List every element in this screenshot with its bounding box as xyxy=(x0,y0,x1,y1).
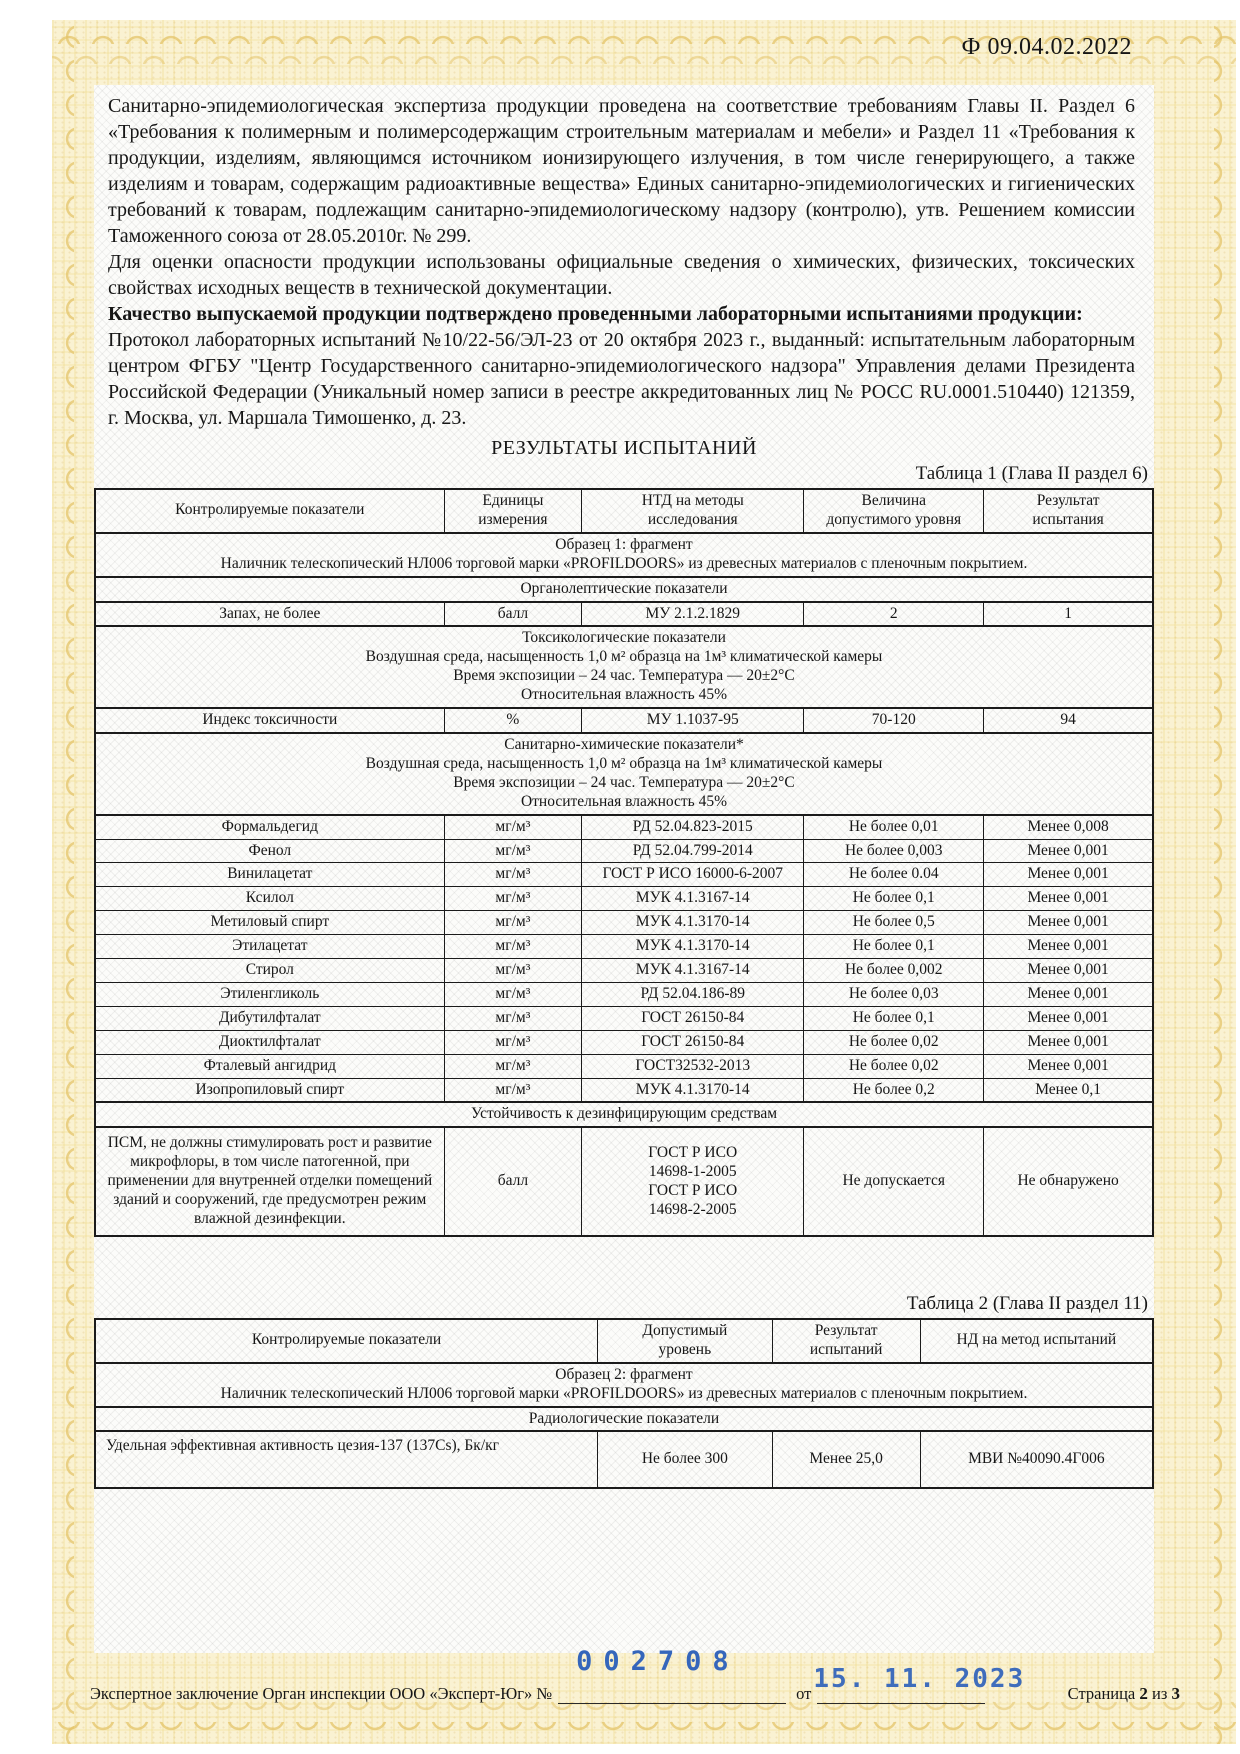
paragraph-expertise: Санитарно-эпидемиологическая экспертиза … xyxy=(108,93,1135,249)
cell: 1 xyxy=(984,602,1153,627)
cell: МУК 4.1.3170-14 xyxy=(582,935,804,959)
cell: Не более 0,03 xyxy=(804,982,984,1006)
cell: 70-120 xyxy=(804,708,984,733)
cell: Винилацетат xyxy=(95,863,444,887)
paragraph-quality-statement: Качество выпускаемой продукции подтвержд… xyxy=(108,301,1135,327)
column-header: Контролируемые показатели xyxy=(95,1319,598,1363)
cell: Удельная эффективная активность цезия-13… xyxy=(95,1431,598,1488)
cell: МВИ №40090.4Г006 xyxy=(920,1431,1153,1488)
column-header: Контролируемые показатели xyxy=(95,489,444,533)
cell: мг/м³ xyxy=(444,1078,582,1102)
section-row: Устойчивость к дезинфицирующим средствам xyxy=(95,1102,1153,1127)
cell: ПСМ, не должны стимулировать рост и разв… xyxy=(95,1127,444,1236)
cell: мг/м³ xyxy=(444,863,582,887)
page-of-label: из xyxy=(1152,1684,1167,1703)
cell: Менее 0,008 xyxy=(984,815,1153,839)
cell: Менее 0,001 xyxy=(984,863,1153,887)
cell: Метиловый спирт xyxy=(95,911,444,935)
cell: Менее 0,1 xyxy=(984,1078,1153,1102)
cell: Менее 0,001 xyxy=(984,887,1153,911)
column-header: Величина допустимого уровня xyxy=(804,489,984,533)
paragraph-protocol: Протокол лабораторных испытаний №10/22-5… xyxy=(108,327,1135,431)
cell: балл xyxy=(444,602,582,627)
results-table-2: Контролируемые показателиДопустимый уров… xyxy=(94,1318,1154,1489)
cell: Этилацетат xyxy=(95,935,444,959)
page-indicator: Страница 2 из 3 xyxy=(1068,1684,1194,1704)
column-header: Результат испытания xyxy=(984,489,1153,533)
cell: мг/м³ xyxy=(444,959,582,983)
cell: Не более 0,5 xyxy=(804,911,984,935)
cell: Дибутилфталат xyxy=(95,1006,444,1030)
cell: мг/м³ xyxy=(444,815,582,839)
cell: Менее 0,001 xyxy=(984,1054,1153,1078)
cell: Индекс токсичности xyxy=(95,708,444,733)
column-header: НТД на методы исследования xyxy=(582,489,804,533)
cell: Не более 0,2 xyxy=(804,1078,984,1102)
footer-label: Экспертное заключение Орган инспекции ОО… xyxy=(90,1684,552,1704)
cell: Не обнаружено xyxy=(984,1127,1153,1236)
table2-caption: Таблица 2 (Глава II раздел 11) xyxy=(94,1293,1148,1315)
cell: МУ 2.1.2.1829 xyxy=(582,602,804,627)
table1-caption: Таблица 1 (Глава II раздел 6) xyxy=(94,463,1148,485)
cell: балл xyxy=(444,1127,582,1236)
border-wave-bottom-1 xyxy=(52,1722,1236,1740)
cell: мг/м³ xyxy=(444,935,582,959)
cell: Менее 25,0 xyxy=(772,1431,920,1488)
cell: Фенол xyxy=(95,839,444,863)
form-code: Ф 09.04.02.2022 xyxy=(962,34,1132,61)
section-row: Образец 2: фрагмент Наличник телескопиче… xyxy=(95,1363,1153,1407)
cell: ГОСТ 26150-84 xyxy=(582,1030,804,1054)
cell: Не более 0,02 xyxy=(804,1030,984,1054)
cell: ГОСТ Р ИСО 14698-1-2005 ГОСТ Р ИСО 14698… xyxy=(582,1127,804,1236)
cell: Ксилол xyxy=(95,887,444,911)
cell: РД 52.04.823-2015 xyxy=(582,815,804,839)
section-row: Радиологические показатели xyxy=(95,1407,1153,1432)
cell: Формальдегид xyxy=(95,815,444,839)
column-header: Результат испытаний xyxy=(772,1319,920,1363)
cell: Менее 0,001 xyxy=(984,911,1153,935)
section-row: Санитарно-химические показатели* Воздушн… xyxy=(95,733,1153,815)
cell: Этиленгликоль xyxy=(95,982,444,1006)
expertise-number-stamp: 002708 xyxy=(576,1646,740,1677)
cell: Запах, не более xyxy=(95,602,444,627)
cell: Фталевый ангидрид xyxy=(95,1054,444,1078)
cell: Изопропиловый спирт xyxy=(95,1078,444,1102)
section-row: Органолептические показатели xyxy=(95,577,1153,602)
border-wave-right xyxy=(1214,20,1232,1744)
cell: Не более 300 xyxy=(598,1431,773,1488)
border-wave-left xyxy=(56,20,74,1744)
cell: Менее 0,001 xyxy=(984,1006,1153,1030)
cell: Не более 0,01 xyxy=(804,815,984,839)
cell: МУК 4.1.3170-14 xyxy=(582,1078,804,1102)
cell: мг/м³ xyxy=(444,982,582,1006)
expertise-date-stamp: 15. 11. 2023 xyxy=(813,1664,1025,1694)
cell: Стирол xyxy=(95,959,444,983)
cell: Не более 0,1 xyxy=(804,1006,984,1030)
page-current: 2 xyxy=(1139,1684,1148,1703)
cell: Не более 0,1 xyxy=(804,887,984,911)
cell: 94 xyxy=(984,708,1153,733)
cell: % xyxy=(444,708,582,733)
cell: Не более 0.04 xyxy=(804,863,984,887)
footer: Экспертное заключение Орган инспекции ОО… xyxy=(90,1684,1194,1704)
cell: мг/м³ xyxy=(444,1030,582,1054)
cell: Менее 0,001 xyxy=(984,1030,1153,1054)
column-header: НД на метод испытаний xyxy=(920,1319,1153,1363)
cell: ГОСТ Р ИСО 16000-6-2007 xyxy=(582,863,804,887)
cell: Не более 0,003 xyxy=(804,839,984,863)
cell: РД 52.04.186-89 xyxy=(582,982,804,1006)
cell: мг/м³ xyxy=(444,839,582,863)
cell: Не более 0,02 xyxy=(804,1054,984,1078)
footer-ot-label: от xyxy=(796,1684,811,1704)
cell: МУК 4.1.3167-14 xyxy=(582,887,804,911)
page-label: Страница xyxy=(1068,1684,1136,1703)
section-row: Образец 1: фрагмент Наличник телескопиче… xyxy=(95,533,1153,577)
cell: Не более 0,002 xyxy=(804,959,984,983)
cell: Менее 0,001 xyxy=(984,982,1153,1006)
results-title: РЕЗУЛЬТАТЫ ИСПЫТАНИЙ xyxy=(94,437,1154,460)
cell: Диоктилфталат xyxy=(95,1030,444,1054)
cell: мг/м³ xyxy=(444,1054,582,1078)
cell: ГОСТ32532-2013 xyxy=(582,1054,804,1078)
expertise-number-line: 002708 xyxy=(558,1684,786,1704)
cell: МУК 4.1.3170-14 xyxy=(582,911,804,935)
expertise-date-line: 15. 11. 2023 xyxy=(817,1684,985,1704)
cell: Менее 0,001 xyxy=(984,959,1153,983)
cell: Менее 0,001 xyxy=(984,935,1153,959)
cell: РД 52.04.799-2014 xyxy=(582,839,804,863)
cell: Не более 0,1 xyxy=(804,935,984,959)
border-wave-bottom-2 xyxy=(52,1702,1236,1720)
cell: мг/м³ xyxy=(444,911,582,935)
cell: 2 xyxy=(804,602,984,627)
cell: мг/м³ xyxy=(444,1006,582,1030)
paragraph-evaluation-sources: Для оценки опасности продукции использов… xyxy=(108,249,1135,301)
cell: МУ 1.1037-95 xyxy=(582,708,804,733)
cell: Менее 0,001 xyxy=(984,839,1153,863)
column-header: Единицы измерения xyxy=(444,489,582,533)
results-table-1: Контролируемые показателиЕдиницы измерен… xyxy=(94,488,1154,1237)
document-sheet: Санитарно-эпидемиологическая экспертиза … xyxy=(94,85,1154,1653)
cell: МУК 4.1.3167-14 xyxy=(582,959,804,983)
cell: Не допускается xyxy=(804,1127,984,1236)
section-row: Токсикологические показатели Воздушная с… xyxy=(95,626,1153,708)
page-total: 3 xyxy=(1172,1684,1181,1703)
column-header: Допустимый уровень xyxy=(598,1319,773,1363)
cell: ГОСТ 26150-84 xyxy=(582,1006,804,1030)
cell: мг/м³ xyxy=(444,887,582,911)
